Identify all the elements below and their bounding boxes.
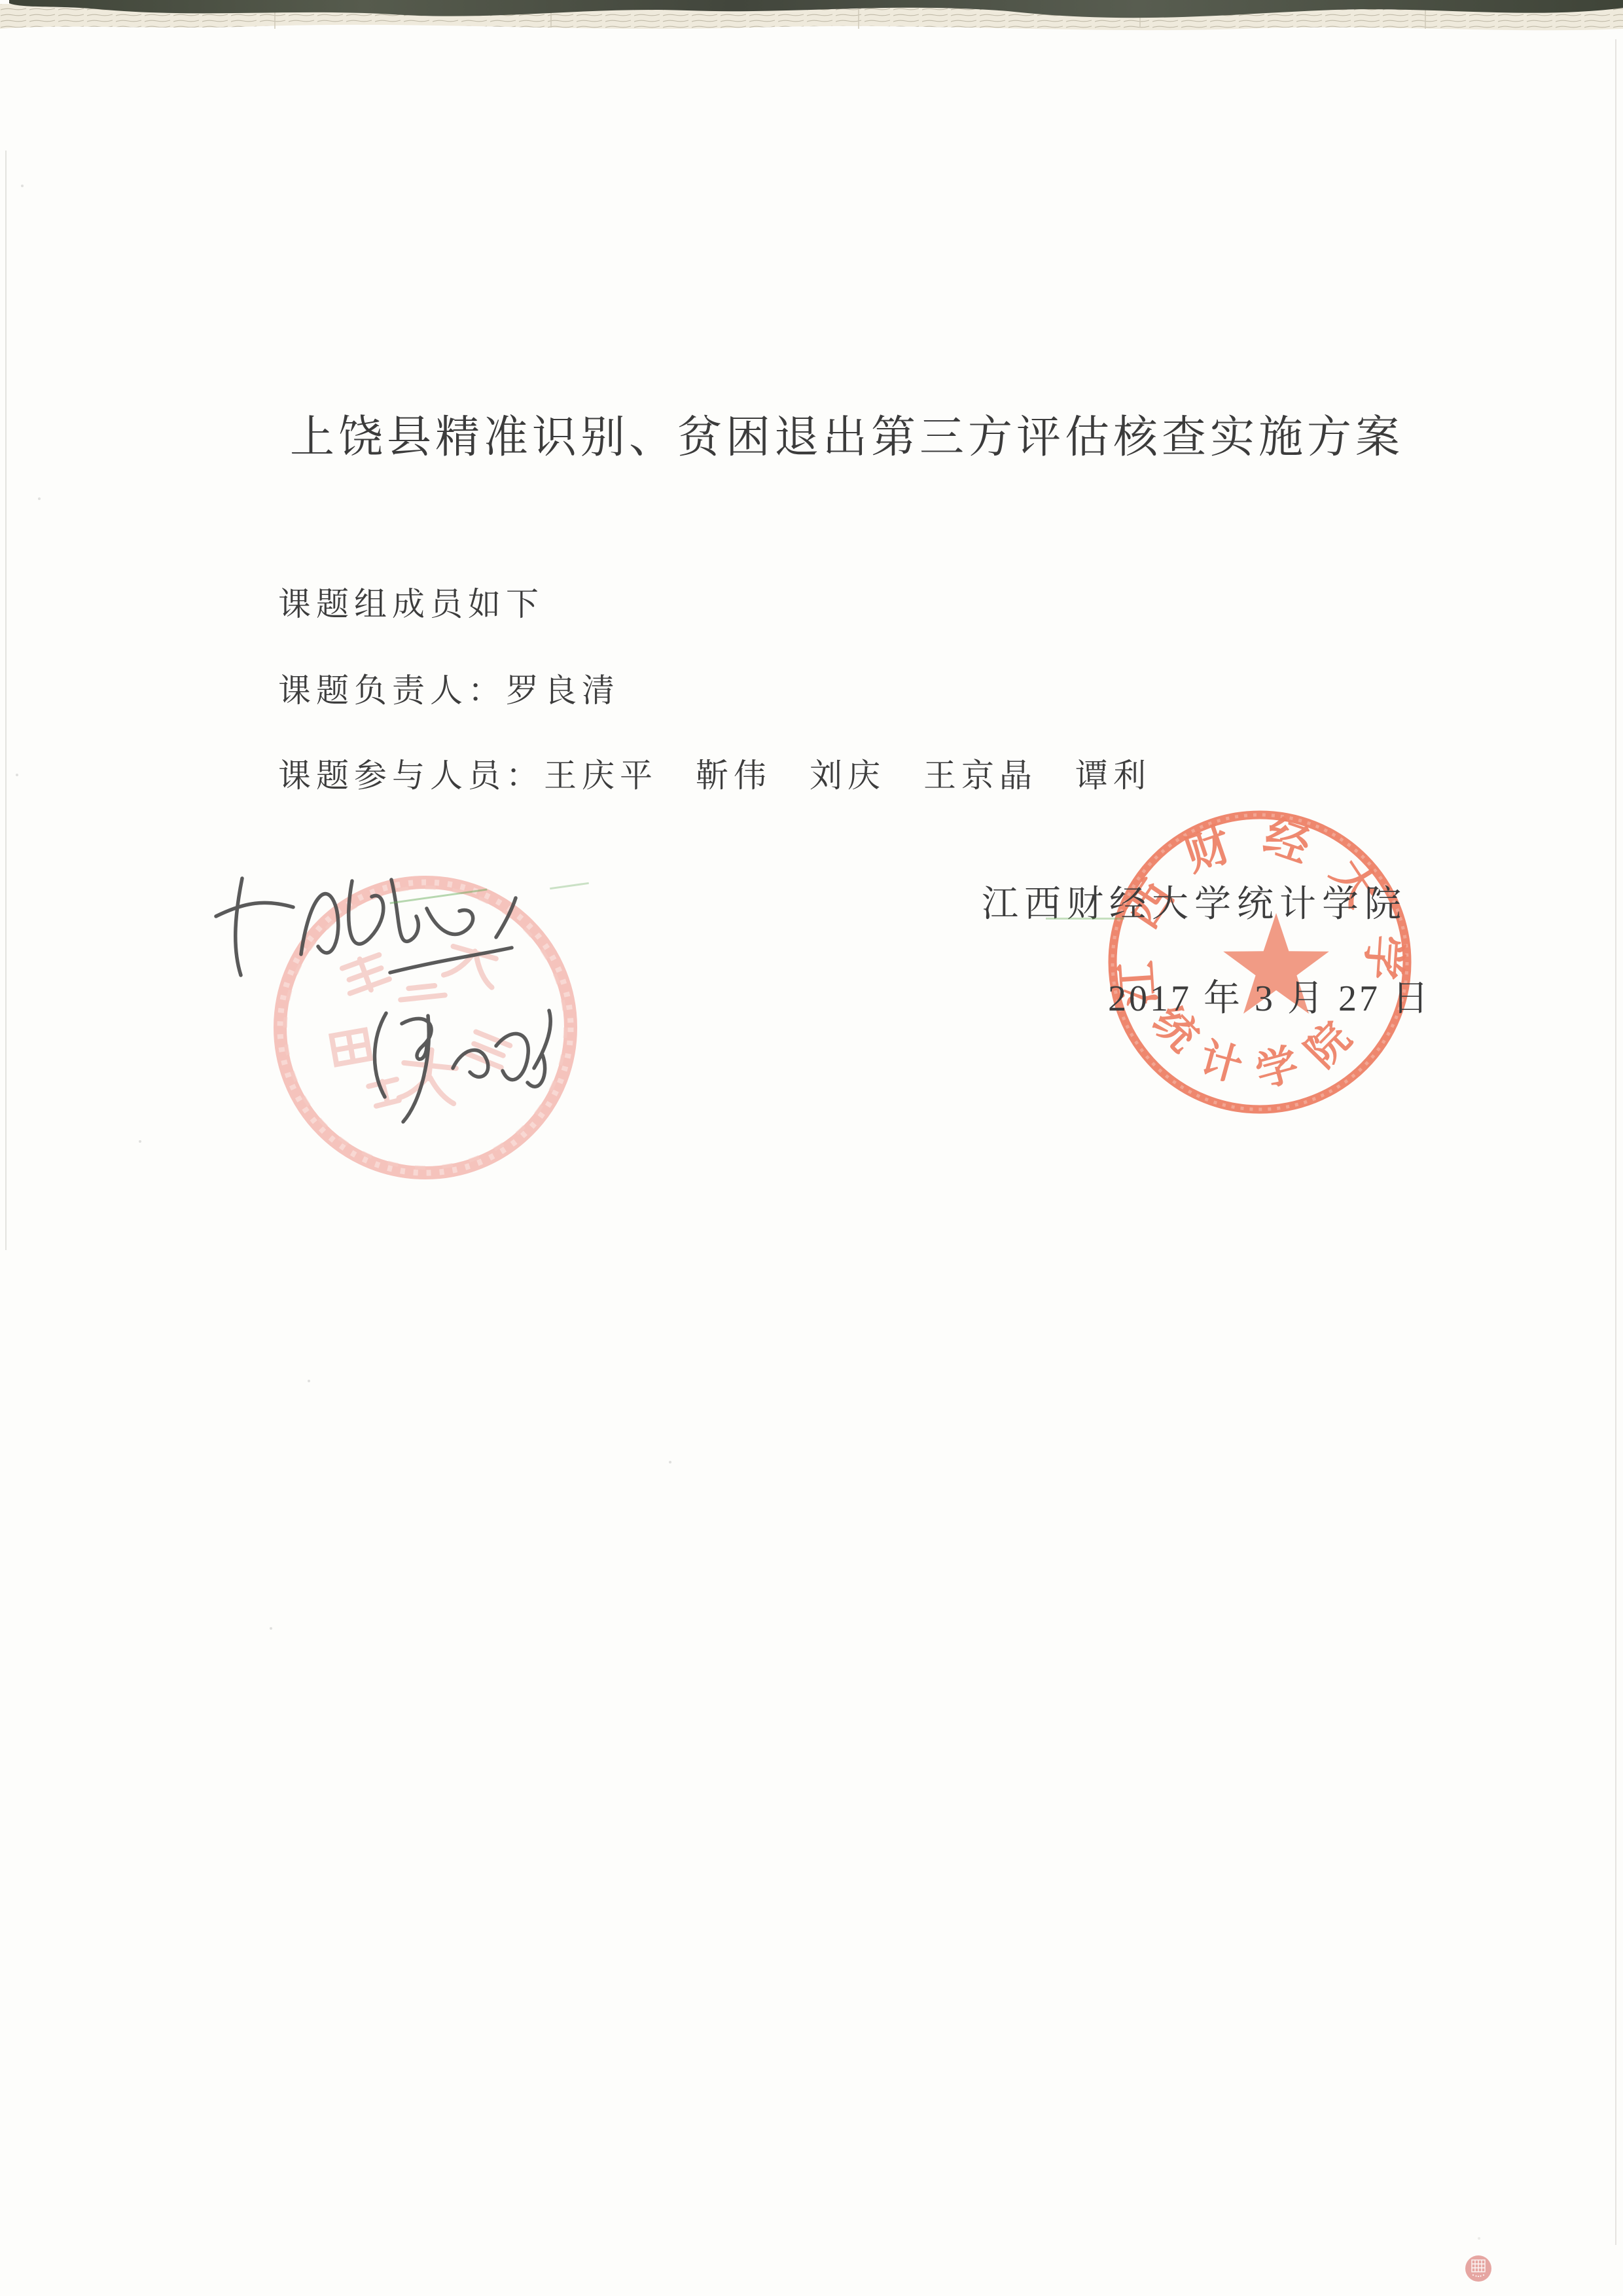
document-title: 上饶县精准识别、贫困退出第三方评估核查实施方案 [290,415,1404,459]
scanned-document-page: 上饶县精准识别、贫困退出第三方评估核查实施方案 课题组成员如下 课题负责人：罗良… [0,0,1623,2296]
green-scan-artifact [1046,918,1124,920]
leader-line: 课题负责人：罗良清 [278,674,620,707]
university-seal: 江西财经大学 统计学院 [1108,810,1412,1114]
mini-seal-watermark [1463,2254,1493,2284]
scanner-edge-band [0,0,1623,98]
scan-speckle [270,1627,272,1630]
members-intro-line: 课题组成员如下 [278,588,544,620]
scan-speckle [16,774,18,776]
scan-speckle [308,1380,310,1382]
scan-speckle [669,1461,671,1463]
scan-speckle [1478,2237,1480,2240]
left-scan-edge-line [5,151,7,1250]
scan-speckle [38,497,41,500]
right-scan-edge-line [1615,39,1616,2245]
date-line: 2017 年 3 月 27 日 [1108,980,1431,1017]
participants-line: 课题参与人员：王庆平 靳伟 刘庆 王京晶 谭利 [278,759,1151,792]
scan-speckle [21,185,24,187]
handwritten-signature [196,838,589,1152]
scan-speckle [139,1140,141,1143]
